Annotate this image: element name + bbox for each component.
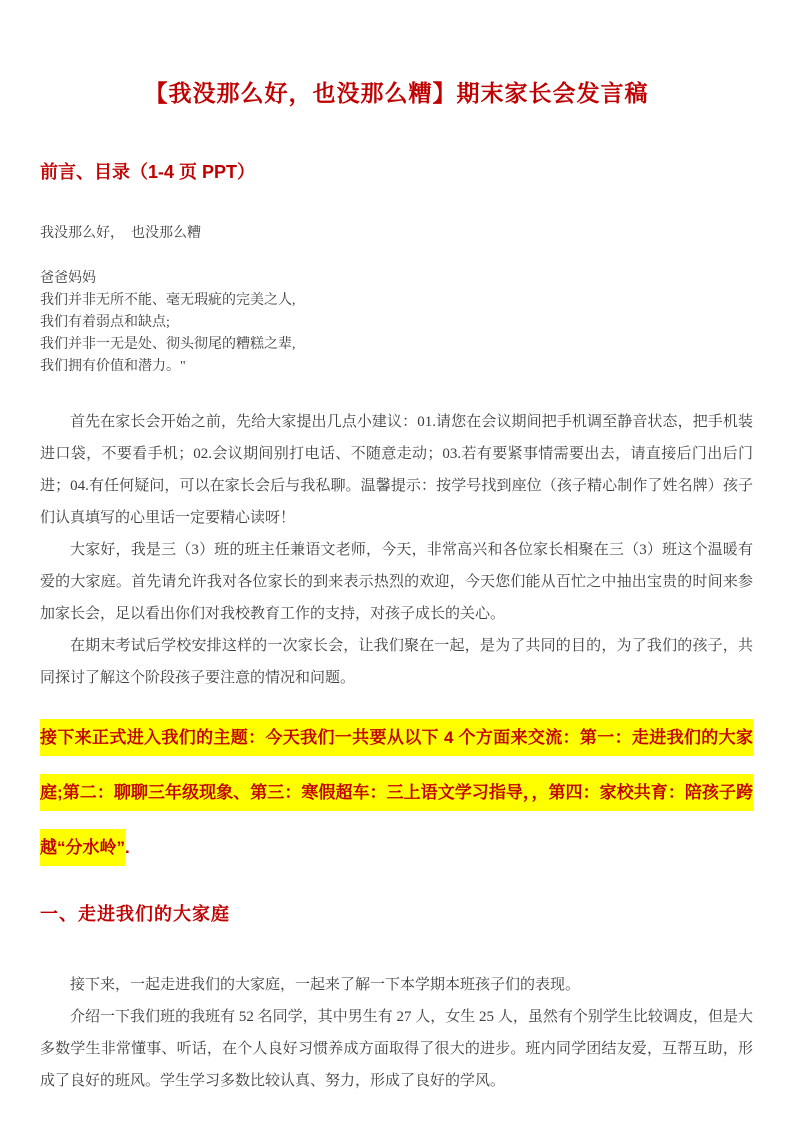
poem-line: 我们拥有价值和潜力。" (40, 356, 753, 378)
topic-highlight-paragraph: 接下来正式进入我们的主题：今天我们一共要从以下 4 个方面来交流：第一：走进我们… (40, 710, 753, 875)
document-title: 【我没那么好，也没那么糟】期末家长会发言稿 (40, 78, 753, 108)
poem-block: 爸爸妈妈 我们并非无所不能、毫无瑕疵的完美之人, 我们有着弱点和缺点; 我们并非… (40, 268, 753, 378)
highlight-trailing-period: . (125, 838, 130, 857)
poem-line: 我们有着弱点和缺点; (40, 312, 753, 334)
highlighted-topic-text: 接下来正式进入我们的主题：今天我们一共要从以下 4 个方面来交流：第一：走进我们… (40, 719, 753, 866)
paragraph-greeting: 大家好，我是三（3）班的班主任兼语文老师，今天，非常高兴和各位家长相聚在三（3）… (40, 534, 753, 630)
paragraph-purpose: 在期末考试后学校安排这样的一次家长会，让我们聚在一起，是为了共同的目的，为了我们… (40, 630, 753, 694)
preface-subtitle: 我没那么好， 也没那么糟 (40, 224, 753, 244)
poem-line: 我们并非无所不能、毫无瑕疵的完美之人, (40, 290, 753, 312)
poem-line: 爸爸妈妈 (40, 268, 753, 290)
paragraph-meeting-tips: 首先在家长会开始之前，先给大家提出几点小建议：01.请您在会议期间把手机调至静音… (40, 406, 753, 534)
document-page: 【我没那么好，也没那么糟】期末家长会发言稿 前言、目录（1-4 页 PPT） 我… (0, 0, 793, 1122)
section-one-paragraphs: 接下来，一起走进我们的大家庭，一起来了解一下本学期本班孩子们的表现。 介绍一下我… (40, 969, 753, 1097)
paragraph-intro-class: 接下来，一起走进我们的大家庭，一起来了解一下本学期本班孩子们的表现。 (40, 969, 753, 1001)
section-one-heading: 一、走进我们的大家庭 (40, 901, 753, 927)
preface-paragraphs: 首先在家长会开始之前，先给大家提出几点小建议：01.请您在会议期间把手机调至静音… (40, 406, 753, 694)
paragraph-class-overview: 介绍一下我们班的我班有 52 名同学，其中男生有 27 人，女生 25 人，虽然… (40, 1001, 753, 1097)
preface-heading: 前言、目录（1-4 页 PPT） (40, 160, 753, 184)
poem-line: 我们并非一无是处、彻头彻尾的糟糕之辈, (40, 334, 753, 356)
